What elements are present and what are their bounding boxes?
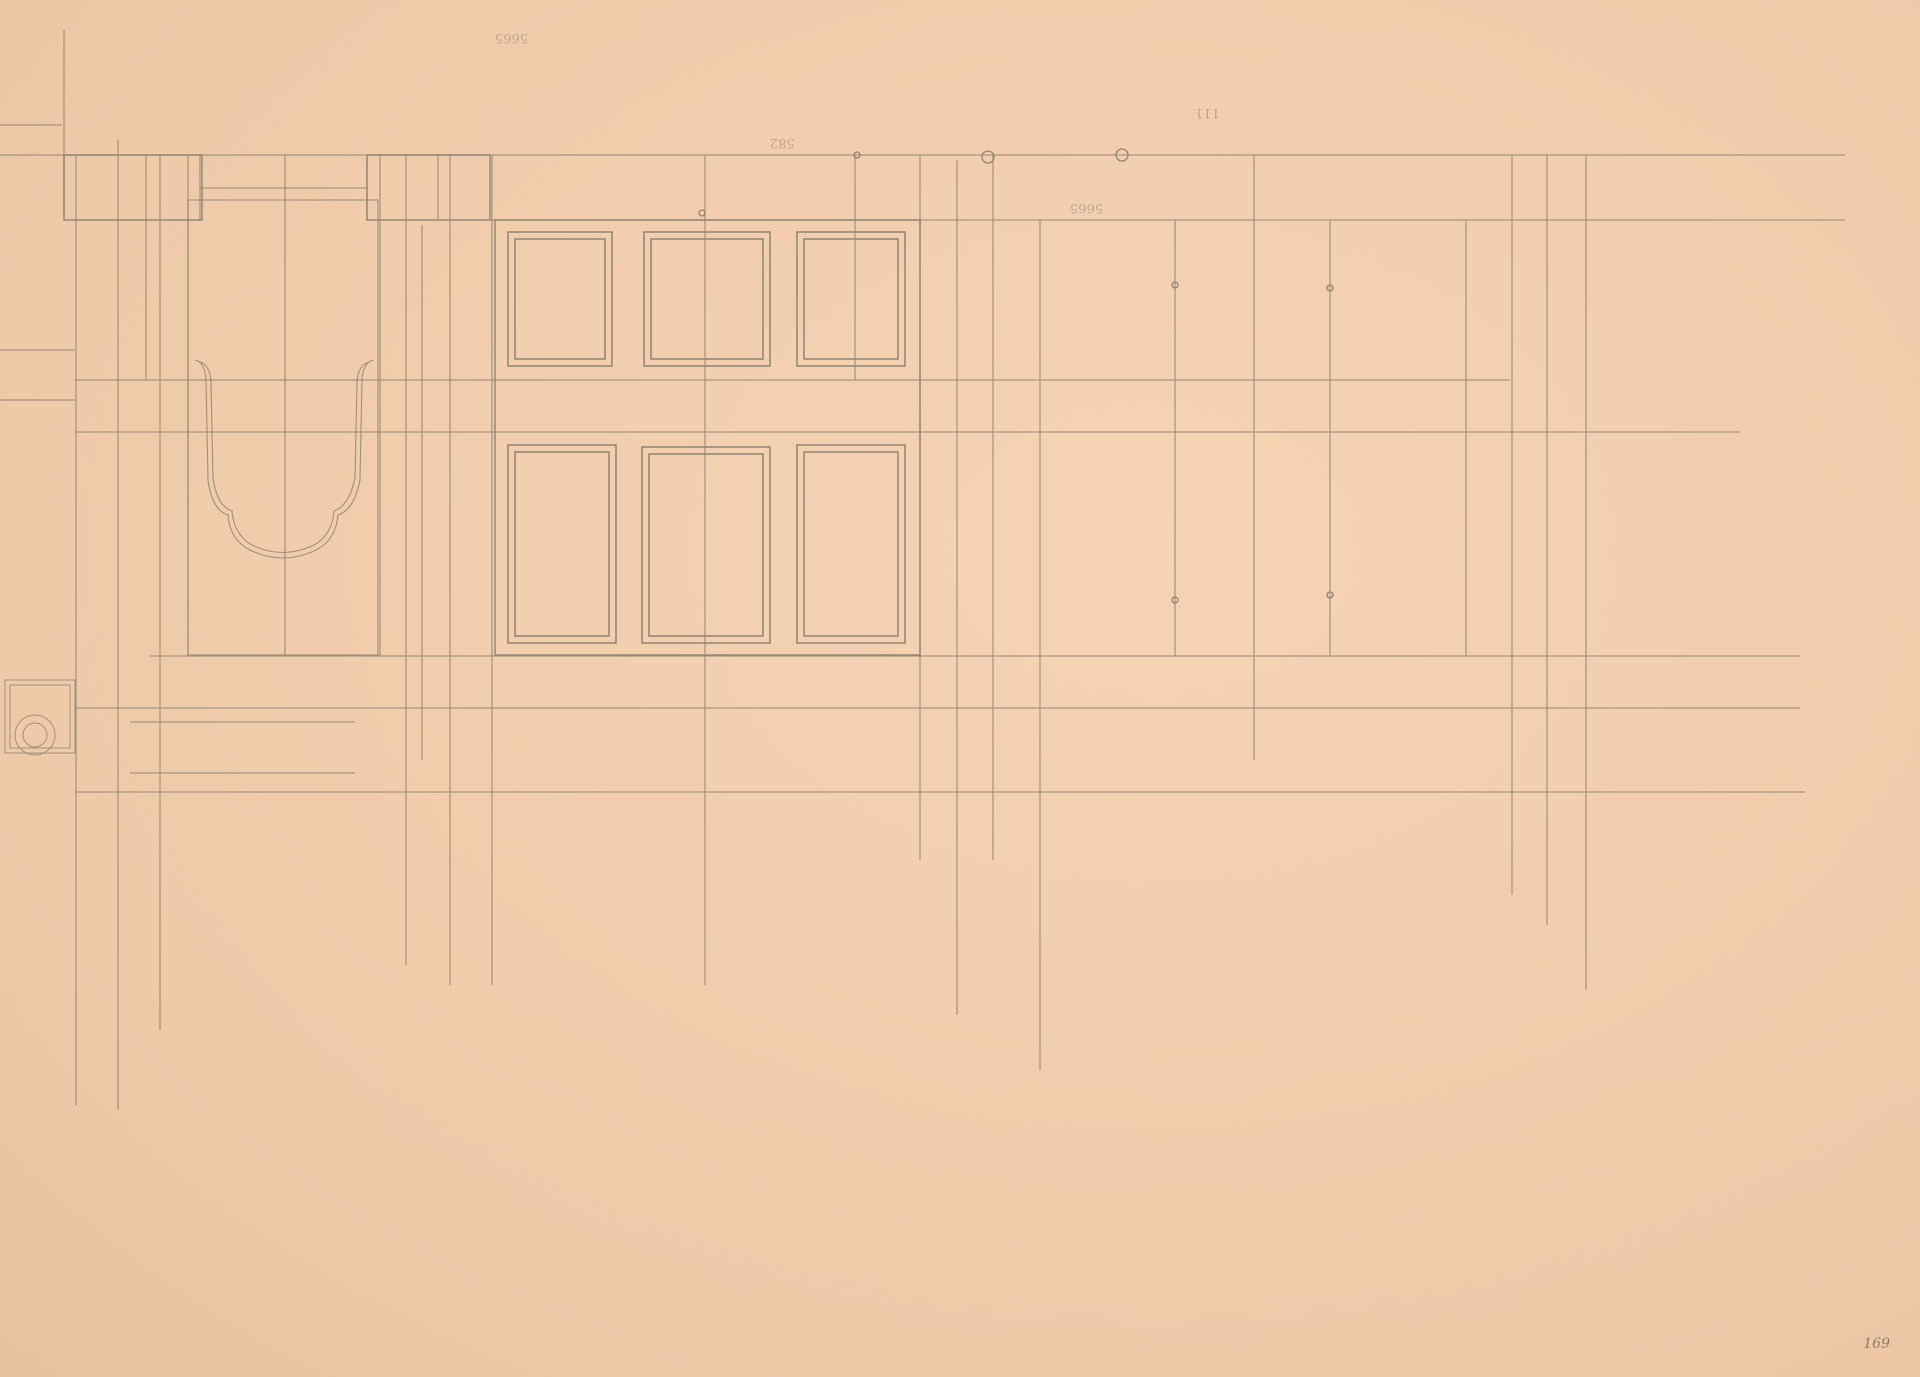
lower-door-panels [508, 445, 905, 643]
upper-door-panels [508, 232, 905, 366]
reference-circles [699, 149, 1333, 603]
dimension-note-top: 582 [770, 135, 795, 150]
dimension-note-mid: 5665 [1070, 200, 1103, 215]
drawing-sheet: 5665 582 5665 111 169 [0, 0, 1920, 1377]
folio-number: 169 [1863, 1336, 1890, 1352]
vertical-grid-lines [64, 30, 1586, 1110]
horizontal-grid-lines [0, 125, 1845, 792]
calculation-note-right: 111 [1195, 105, 1220, 120]
rosette-block [5, 680, 75, 755]
handwritten-calculations: 5665 [495, 30, 528, 45]
architectural-drawing [0, 0, 1920, 1377]
shaped-recess-panel [188, 200, 378, 655]
